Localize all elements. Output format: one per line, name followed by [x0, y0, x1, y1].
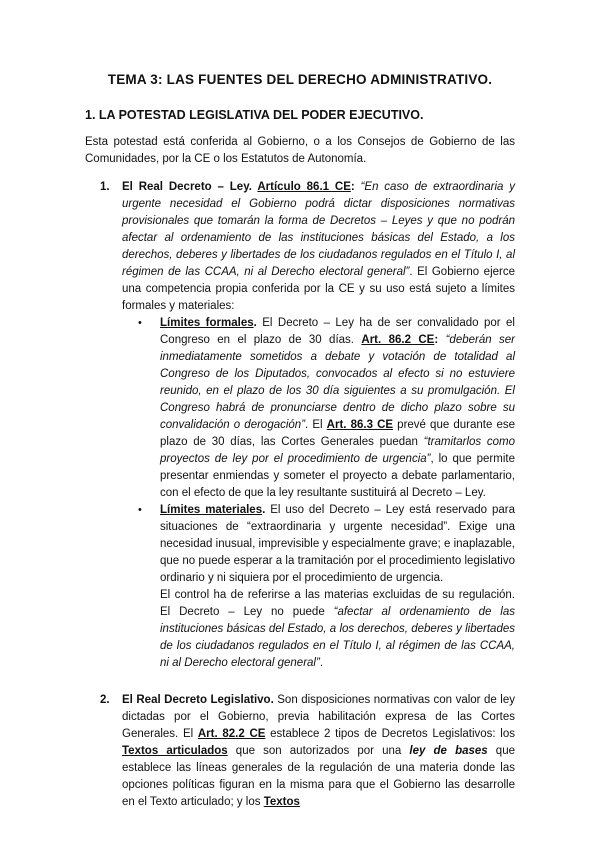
text-run: ley de bases [409, 745, 487, 757]
bullet-icon: • [122, 315, 160, 502]
bullet-icon: • [122, 502, 160, 672]
text-run: . [320, 657, 323, 669]
document-title: TEMA 3: LAS FUENTES DEL DERECHO ADMINIST… [85, 71, 515, 89]
item-body: El Real Decreto – Ley. Artículo 86.1 CE:… [122, 179, 515, 672]
text-run: . El [305, 419, 327, 431]
text-run: Art. 86.3 CE [327, 419, 393, 431]
bullet-item: •Límites materiales. El uso del Decreto … [122, 502, 515, 672]
text-run: “deberán ser inmediatamente sometidos a … [160, 334, 515, 431]
text-run: Art. 82.2 CE [198, 728, 266, 740]
text-run: : [434, 334, 445, 346]
item-number: 1. [85, 179, 122, 672]
bullet-item: •Límites formales. El Decreto – Ley ha d… [122, 315, 515, 502]
text-run: El Real Decreto – Ley. [122, 181, 257, 193]
text-run: El Real Decreto Legislativo. [122, 694, 277, 706]
text-run: El uso del Decreto – Ley está reservado … [160, 504, 515, 584]
bullet-paragraph: Límites formales. El Decreto – Ley ha de… [160, 315, 515, 502]
text-run: Límites formales [160, 317, 254, 329]
item-number: 2. [85, 692, 122, 811]
item-paragraph: El Real Decreto Legislativo. Son disposi… [122, 692, 515, 811]
text-run: Esta potestad está conferida al Gobierno… [85, 136, 515, 165]
bullet-body: Límites materiales. El uso del Decreto –… [160, 502, 515, 672]
text-run: “En caso de extraordinaria y urgente nec… [122, 181, 515, 278]
numbered-list: 1.El Real Decreto – Ley. Artículo 86.1 C… [85, 179, 515, 811]
intro-paragraph: Esta potestad está conferida al Gobierno… [85, 134, 515, 168]
section-heading: 1. LA POTESTAD LEGISLATIVA DEL PODER EJE… [85, 106, 515, 124]
text-run: Límites materiales [160, 504, 262, 516]
bullet-paragraph: El control ha de referirse a las materia… [160, 587, 515, 672]
text-run: Art. 86.2 CE [361, 334, 434, 346]
numbered-item: 2.El Real Decreto Legislativo. Son dispo… [85, 692, 515, 811]
text-run: Textos articulados [122, 745, 228, 757]
text-run: que son autorizados por una [228, 745, 410, 757]
text-run: establece 2 tipos de Decretos Legislativ… [265, 728, 515, 740]
bullet-body: Límites formales. El Decreto – Ley ha de… [160, 315, 515, 502]
text-run: : [351, 181, 361, 193]
bullet-paragraph: Límites materiales. El uso del Decreto –… [160, 502, 515, 587]
item-paragraph: El Real Decreto – Ley. Artículo 86.1 CE:… [122, 179, 515, 315]
text-run: Artículo 86.1 CE [257, 181, 351, 193]
numbered-item: 1.El Real Decreto – Ley. Artículo 86.1 C… [85, 179, 515, 672]
text-run: . [254, 317, 263, 329]
document-content: TEMA 3: LAS FUENTES DEL DERECHO ADMINIST… [85, 71, 515, 811]
text-run: Textos [264, 796, 300, 808]
item-body: El Real Decreto Legislativo. Son disposi… [122, 692, 515, 811]
document-page: TEMA 3: LAS FUENTES DEL DERECHO ADMINIST… [0, 0, 599, 848]
